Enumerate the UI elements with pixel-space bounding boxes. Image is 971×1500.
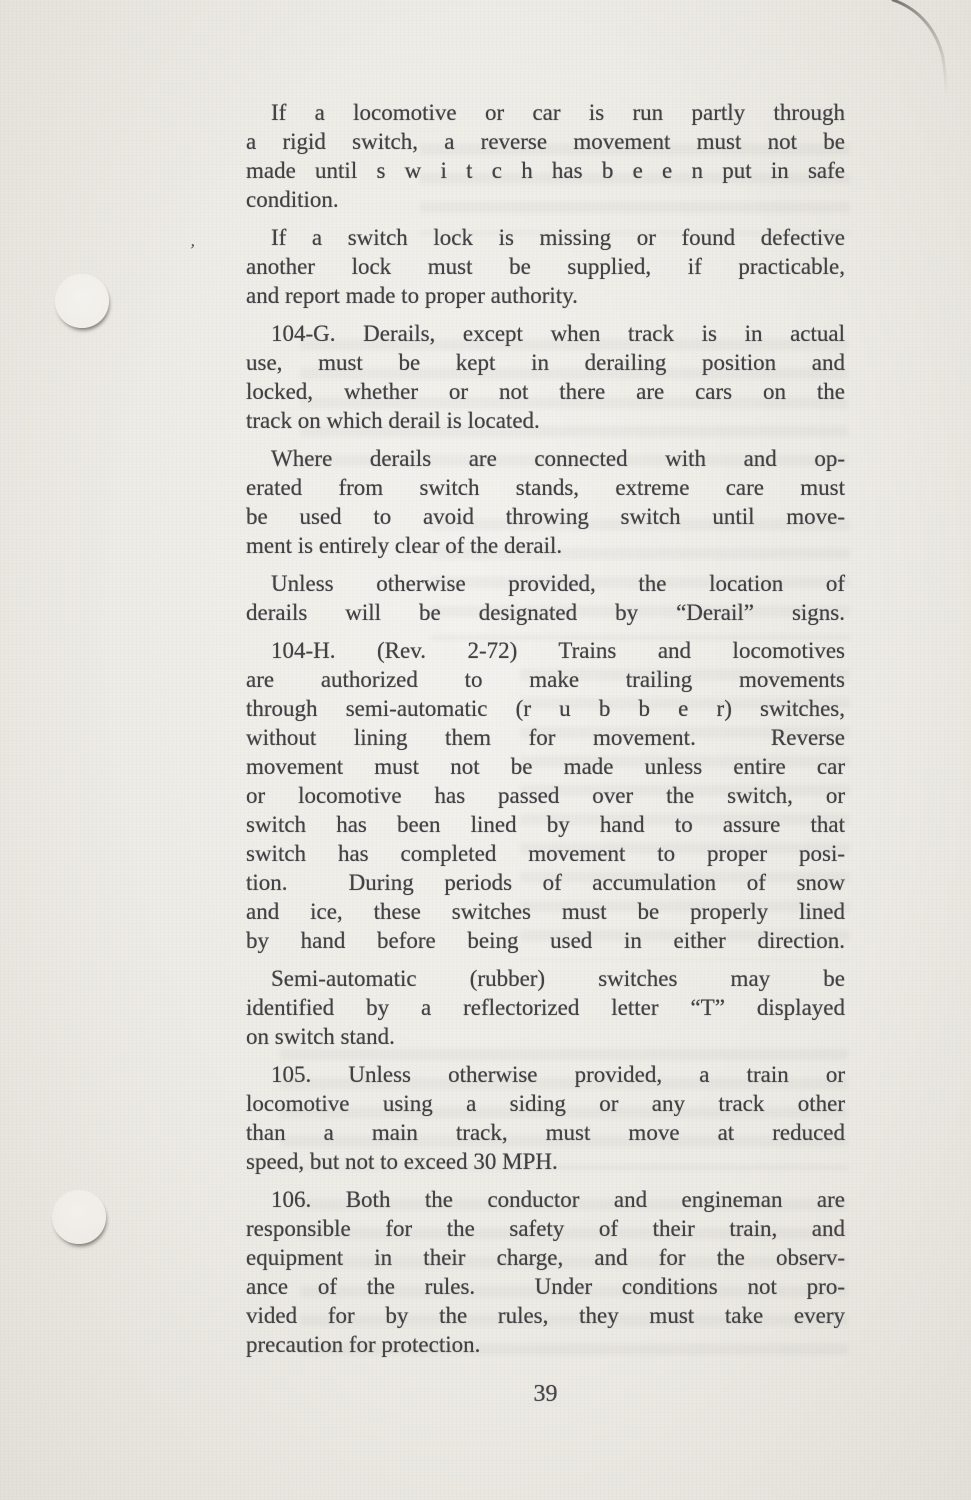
text-line: locked, whether or not there are cars on… xyxy=(246,377,845,406)
text-line: 105. Unless otherwise provided, a train … xyxy=(246,1060,845,1089)
text-line: tion. During periods of accumulation of … xyxy=(246,868,845,897)
text-line: through semi-automatic (r u b b e r) swi… xyxy=(246,694,845,723)
text-line: without lining them for movement. Revers… xyxy=(246,723,845,752)
text-line: responsible for the safety of their trai… xyxy=(246,1214,845,1243)
text-line: switch has been lined by hand to assure … xyxy=(246,810,845,839)
paragraph-rule-106: 106. Both the conductor and engineman ar… xyxy=(246,1185,845,1359)
text-line: made until s w i t c h has b e e n put i… xyxy=(246,156,845,185)
scanned-page: ’ If a locomotive or car is run partly t… xyxy=(0,0,971,1500)
paragraph-rule-104g: 104-G. Derails, except when track is in … xyxy=(246,319,845,435)
text-line: and ice, these switches must be properly… xyxy=(246,897,845,926)
text-line: equipment in their charge, and for the o… xyxy=(246,1243,845,1272)
paragraph-derails-switch-stands: Where derails are connected with and op-… xyxy=(246,444,845,560)
text-line: ance of the rules. Under conditions not … xyxy=(246,1272,845,1301)
text-line: If a locomotive or car is run partly thr… xyxy=(246,98,845,127)
text-line: another lock must be supplied, if practi… xyxy=(246,252,845,281)
text-line: If a switch lock is missing or found def… xyxy=(246,223,845,252)
text-line: vided for by the rules, they must take e… xyxy=(246,1301,845,1330)
text-line: ment is entirely clear of the derail. xyxy=(246,531,845,560)
stray-ink-mark: ’ xyxy=(188,240,197,262)
text-line: Unless otherwise provided, the location … xyxy=(246,569,845,598)
text-line: are authorized to make trailing movement… xyxy=(246,665,845,694)
paragraph-rule-104h: 104-H. (Rev. 2-72) Trains and locomotive… xyxy=(246,636,845,955)
text-line: erated from switch stands, extreme care … xyxy=(246,473,845,502)
paragraph-rule-105: 105. Unless otherwise provided, a train … xyxy=(246,1060,845,1176)
paragraph-switch-lock: If a switch lock is missing or found def… xyxy=(246,223,845,310)
paragraph-rigid-switch: If a locomotive or car is run partly thr… xyxy=(246,98,845,214)
punch-hole-top xyxy=(55,274,109,328)
text-line: a rigid switch, a reverse movement must … xyxy=(246,127,845,156)
text-line: derails will be designated by “Derail” s… xyxy=(246,598,845,627)
text-line: on switch stand. xyxy=(246,1022,845,1051)
text-line: condition. xyxy=(246,185,845,214)
paragraph-derail-signs: Unless otherwise provided, the location … xyxy=(246,569,845,627)
text-line: switch has completed movement to proper … xyxy=(246,839,845,868)
text-line: and report made to proper authority. xyxy=(246,281,845,310)
text-line: speed, but not to exceed 30 MPH. xyxy=(246,1147,845,1176)
text-line: or locomotive has passed over the switch… xyxy=(246,781,845,810)
text-line: track on which derail is located. xyxy=(246,406,845,435)
paragraph-rubber-switch-letter-t: Semi-automatic (rubber) switches may be … xyxy=(246,964,845,1051)
punch-hole-bottom xyxy=(52,1190,106,1244)
text-line: be used to avoid throwing switch until m… xyxy=(246,502,845,531)
text-line: precaution for protection. xyxy=(246,1330,845,1359)
text-line: identified by a reflectorized letter “T”… xyxy=(246,993,845,1022)
text-line: use, must be kept in derailing position … xyxy=(246,348,845,377)
page-number: 39 xyxy=(246,1381,845,1408)
page-curl-corner-icon xyxy=(851,0,971,130)
text-line: 104-G. Derails, except when track is in … xyxy=(246,319,845,348)
text-line: movement must not be made unless entire … xyxy=(246,752,845,781)
text-line: 106. Both the conductor and engineman ar… xyxy=(246,1185,845,1214)
text-line: by hand before being used in either dire… xyxy=(246,926,845,955)
text-line: locomotive using a siding or any track o… xyxy=(246,1089,845,1118)
text-line: than a main track, must move at reduced xyxy=(246,1118,845,1147)
text-column: If a locomotive or car is run partly thr… xyxy=(246,98,845,1368)
text-line: Semi-automatic (rubber) switches may be xyxy=(246,964,845,993)
text-line: Where derails are connected with and op- xyxy=(246,444,845,473)
text-line: 104-H. (Rev. 2-72) Trains and locomotive… xyxy=(246,636,845,665)
